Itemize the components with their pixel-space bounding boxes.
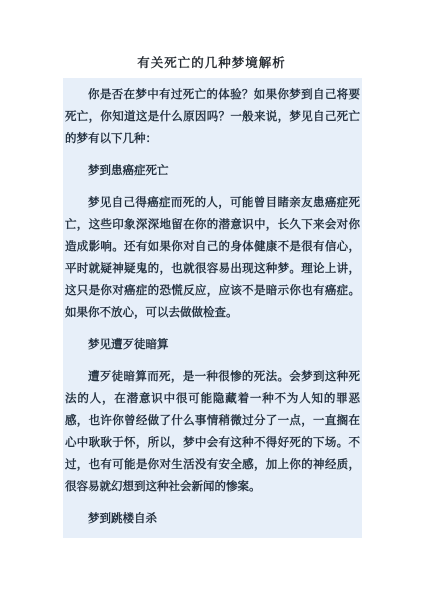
document-title: 有关死亡的几种梦境解析 [0,0,423,71]
intro-paragraph: 你是否在梦中有过死亡的体验？如果你梦到自己将要死亡，你知道这是什么原因吗？一般来… [65,84,360,150]
section-heading-jump-suicide: 梦到跳楼自杀 [65,508,360,530]
section-heading-cancer-death: 梦到患癌症死亡 [65,160,360,182]
document-page: 有关死亡的几种梦境解析 你是否在梦中有过死亡的体验？如果你梦到自己将要死亡，你知… [0,0,423,600]
section-heading-thug-ambush: 梦见遭歹徒暗算 [65,334,360,356]
highlight-block: 你是否在梦中有过死亡的体验？如果你梦到自己将要死亡，你知道这是什么原因吗？一般来… [63,78,362,538]
paragraph-thug-ambush: 遭歹徒暗算而死，是一种很惨的死法。会梦到这种死法的人，在潜意识中很可能隐藏着一种… [65,366,360,498]
paragraph-cancer-death: 梦见自己得癌症而死的人，可能曾目睹亲友患癌症死亡，这些印象深深地留在你的潜意识中… [65,192,360,324]
